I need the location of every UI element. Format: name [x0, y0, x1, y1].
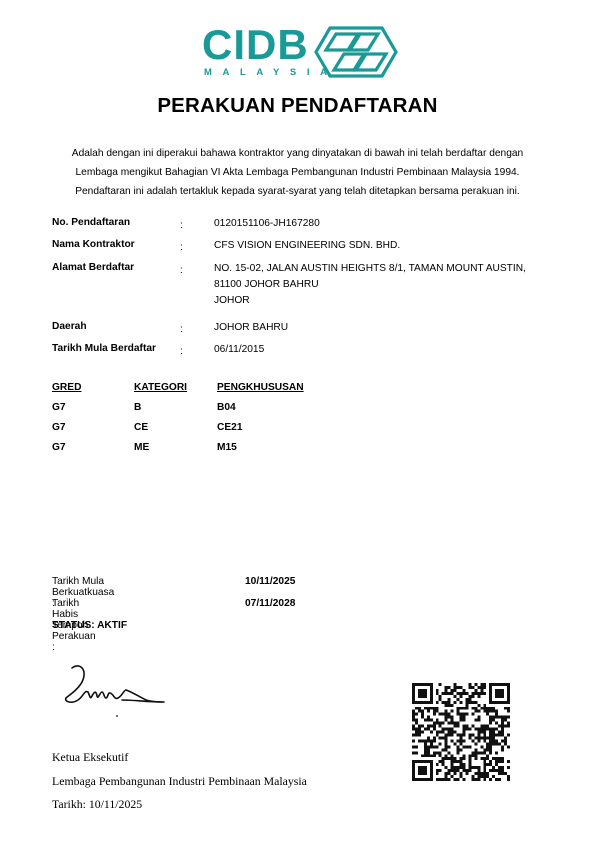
- category-cell: CE: [134, 422, 148, 433]
- address-label: Alamat Berdaftar: [52, 261, 134, 275]
- cidb-logo: CIDB MALAYSIA: [200, 22, 400, 82]
- category-cell: ME: [134, 442, 149, 453]
- handwritten-signature-icon: [62, 660, 172, 720]
- contractor-name-value: CFS VISION ENGINEERING SDN. BHD.: [214, 238, 574, 254]
- category-cell: B: [134, 402, 141, 413]
- intro-paragraph: Adalah dengan ini diperakui bahawa kontr…: [30, 144, 565, 201]
- separator: :: [180, 264, 183, 278]
- specialisation-cell: B04: [217, 402, 236, 413]
- intro-line: Adalah dengan ini diperakui bahawa kontr…: [30, 144, 565, 163]
- qr-code-icon[interactable]: [412, 683, 510, 781]
- signatory-organisation: Lembaga Pembangunan Industri Pembinaan M…: [52, 774, 307, 789]
- signatory-position: Ketua Eksekutif: [52, 750, 128, 765]
- start-date-value: 06/11/2015: [214, 342, 574, 358]
- grade-cell: G7: [52, 402, 66, 413]
- signature-date: Tarikh: 10/11/2025: [52, 797, 142, 812]
- grade-cell: G7: [52, 422, 66, 433]
- separator: :: [180, 219, 183, 233]
- effective-date-value: 10/11/2025: [245, 576, 295, 587]
- intro-line: Pendaftaran ini adalah tertakluk kepada …: [30, 182, 565, 201]
- expiry-date-value: 07/11/2028: [245, 598, 295, 609]
- district-label: Daerah: [52, 320, 87, 334]
- intro-line: Lembaga mengikut Bahagian VI Akta Lembag…: [30, 163, 565, 182]
- separator: :: [180, 241, 183, 255]
- cidb-hexagon-mark-icon: [314, 26, 398, 78]
- district-value: JOHOR BAHRU: [214, 320, 574, 336]
- contractor-name-label: Nama Kontraktor: [52, 238, 135, 252]
- address-value: NO. 15-02, JALAN AUSTIN HEIGHTS 8/1, TAM…: [214, 261, 574, 309]
- certificate-title: PERAKUAN PENDAFTARAN: [0, 94, 595, 118]
- grade-cell: G7: [52, 442, 66, 453]
- status-badge: STATUS: AKTIF: [52, 620, 127, 631]
- specialisation-cell: CE21: [217, 422, 242, 433]
- registration-no-value: 0120151106-JH167280: [214, 216, 574, 232]
- separator: :: [180, 345, 183, 359]
- header-category: KATEGORI: [134, 382, 187, 393]
- address-line: NO. 15-02, JALAN AUSTIN HEIGHTS 8/1, TAM…: [214, 261, 574, 277]
- logo-wordmark: CIDB: [202, 22, 309, 68]
- separator: :: [180, 323, 183, 337]
- header-grade: GRED: [52, 382, 81, 393]
- address-line: 81100 JOHOR BAHRU: [214, 277, 574, 293]
- header-specialisation: PENGKHUSUSAN: [217, 382, 304, 393]
- address-line: JOHOR: [214, 293, 574, 309]
- start-date-label: Tarikh Mula Berdaftar: [52, 342, 156, 356]
- registration-no-label: No. Pendaftaran: [52, 216, 130, 230]
- specialisation-cell: M15: [217, 442, 237, 453]
